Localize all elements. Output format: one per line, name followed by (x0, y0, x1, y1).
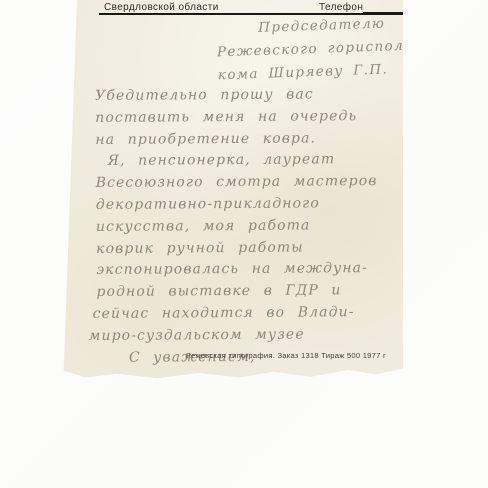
body-line: родной выставке в ГДР и (96, 280, 378, 304)
body-line: сейчас находится во Влади- (93, 302, 379, 326)
body-line: на приобретение ковра. (95, 128, 377, 152)
typography-imprint: Режевская типография. Заказ 1318 Тираж 5… (186, 351, 386, 360)
handwritten-address-block: Председателю Режевского гориспол- кома Ш… (216, 12, 411, 88)
body-line: Убедительно прошу вас (95, 84, 377, 108)
body-line: декоративно-прикладного (96, 193, 378, 217)
handwritten-body-block: Убедительно прошу вас поставить меня на … (95, 84, 379, 369)
scanned-letter: Свердловской области Телефон Председател… (0, 0, 488, 488)
body-line: Я, пенсионерка, лауреат (95, 149, 377, 173)
letter-paper: Свердловской области Телефон Председател… (62, 0, 403, 379)
body-line: искусства, моя работа (96, 215, 378, 239)
letterhead-region-line: Свердловской области (104, 2, 219, 13)
body-line: коврик ручной работы (96, 237, 378, 261)
body-line: экспонировалась на междуна- (96, 258, 378, 282)
body-line: миро-суздальском музее (89, 324, 379, 348)
body-line: поставить меня на очередь (95, 106, 377, 130)
body-line: Всесоюзного смотра мастеров (96, 171, 378, 195)
phone-label: Телефон (319, 2, 363, 13)
